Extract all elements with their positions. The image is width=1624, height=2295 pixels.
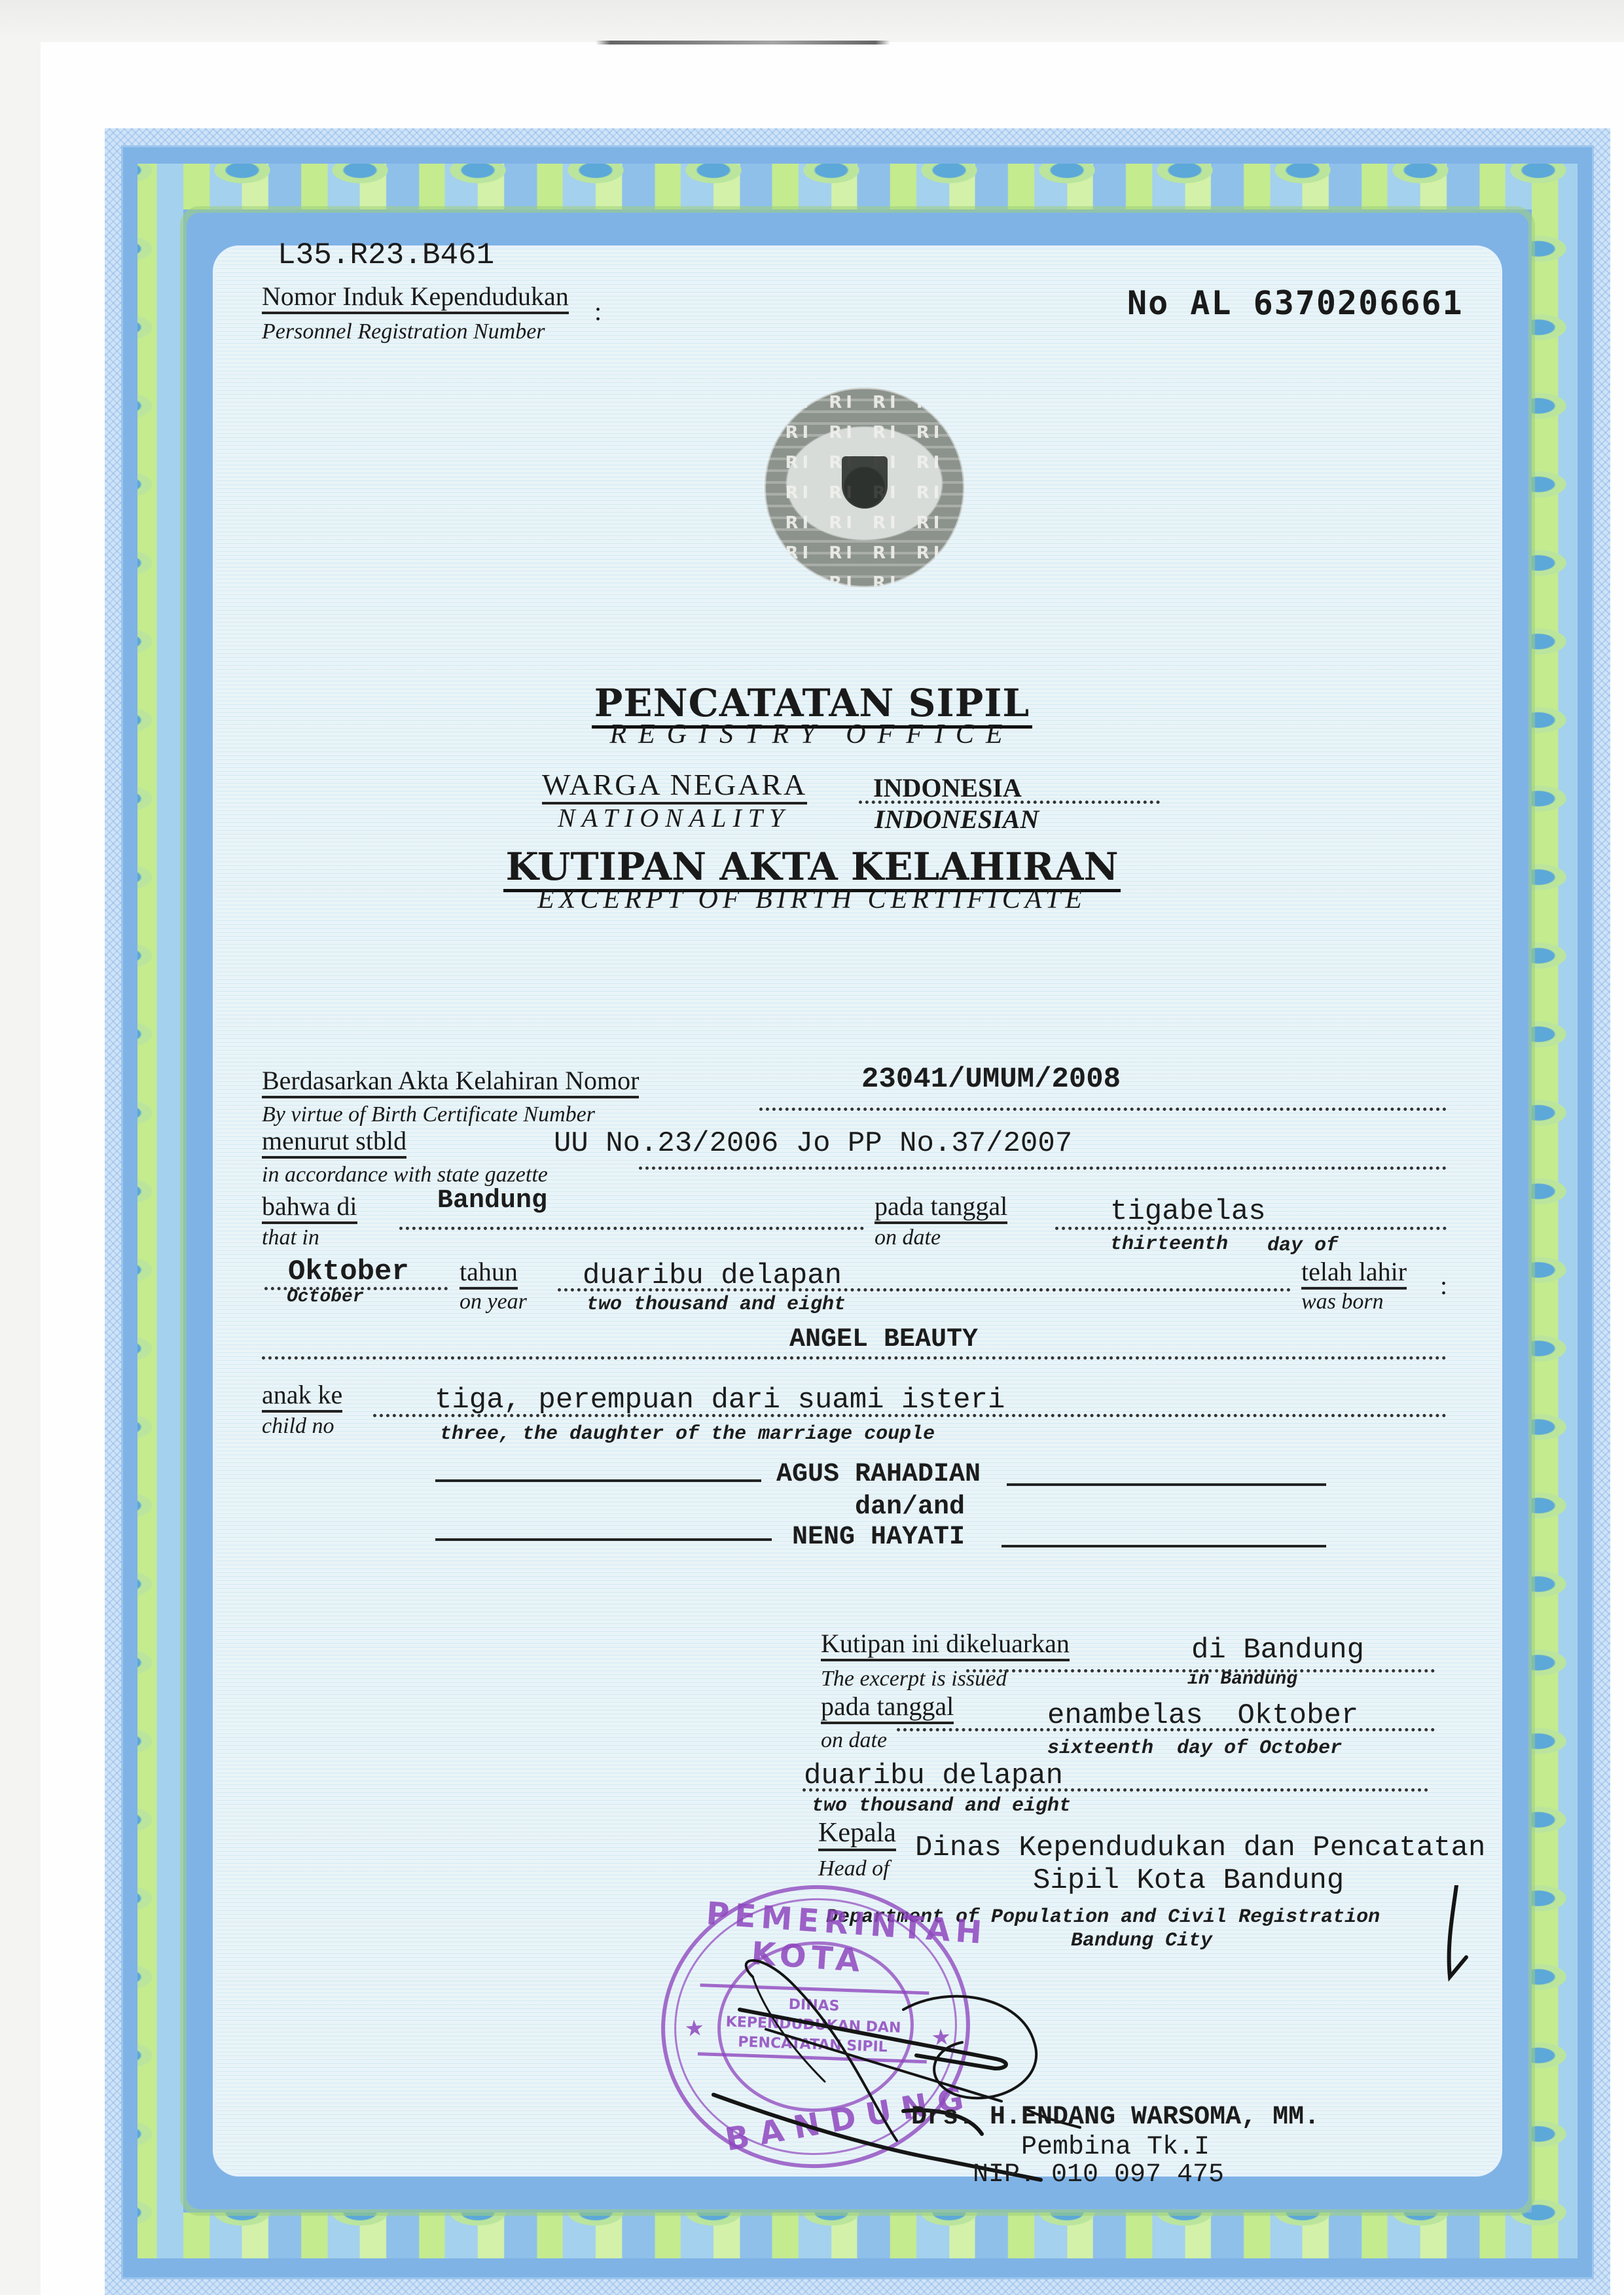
child-name-dotted-line (262, 1356, 1447, 1360)
birth-cert-label: Berdasarkan Akta Kelahiran Nomor (262, 1067, 639, 1098)
issued-year: duaribu delapan (804, 1760, 1063, 1792)
birth-year-label: tahun (460, 1258, 518, 1290)
father-rule-right (1007, 1483, 1326, 1486)
nationality-label: WARGA NEGARA (542, 767, 807, 804)
father-rule-left (435, 1479, 761, 1482)
nik-label: Nomor Induk Kependudukan (262, 283, 569, 314)
issued-date-label-en: on date (821, 1728, 887, 1753)
garuda-emblem-icon: RI RI RI RI RI RI RI RI RI RI RI RI RI R… (765, 388, 964, 587)
issued-place: di Bandung (1191, 1634, 1364, 1667)
birthplace-value: Bandung (437, 1186, 547, 1216)
born-label-en: was born (1301, 1290, 1384, 1314)
nationality-value-en: INDONESIAN (875, 804, 1039, 835)
department-line-2: Sipil Kota Bandung (1033, 1864, 1344, 1897)
nik-colon: : (594, 296, 602, 327)
certificate-title: KUTIPAN AKTA KELAHIRAN (0, 844, 1624, 889)
birthplace-dotted-line (399, 1227, 864, 1230)
birth-date-value: tigabelas (1110, 1195, 1266, 1228)
birthplace-label-en: that in (262, 1225, 319, 1250)
department-en-line-2: Bandung City (1071, 1930, 1212, 1952)
certificate-number: No AL 6370206661 (1127, 284, 1464, 322)
born-label: telah lahir (1301, 1258, 1407, 1290)
department-line-1: Dinas Kependudukan dan Pencatatan (915, 1832, 1485, 1864)
head-label: Kepala (818, 1818, 896, 1851)
born-colon: : (1440, 1270, 1447, 1301)
birth-date-value-en: thirteenth (1110, 1233, 1228, 1256)
and-label: dan/and (855, 1492, 965, 1522)
birth-date-label-en: on date (875, 1225, 941, 1250)
birth-year-value: duaribu delapan (583, 1259, 842, 1292)
issued-label: Kutipan ini dikeluarkan (821, 1630, 1070, 1661)
birth-cert-label-en: By virtue of Birth Certificate Number (262, 1102, 595, 1127)
child-no-label-en: child no (262, 1414, 334, 1439)
stamp-center-band: DINAS KEPENDUDUKAN DAN PENCATATAN SIPIL (698, 1983, 929, 2063)
shield-icon (842, 456, 888, 509)
mother-rule-left (435, 1538, 772, 1541)
official-nip: NIP. 010 097 475 (973, 2160, 1224, 2190)
mother-name: NENG HAYATI (792, 1523, 965, 1552)
official-stamp: PEMERINTAH KOTA BANDUNG ★ ★ DINAS KEPEND… (652, 1875, 980, 2178)
issued-date: enambelas Oktober (1047, 1699, 1358, 1732)
birth-year-label-en: on year (460, 1290, 527, 1314)
child-no-value: tiga, perempuan dari suami isteri (435, 1384, 1005, 1417)
star-icon: ★ (930, 2024, 952, 2051)
issued-date-en: sixteenth day of October (1047, 1737, 1342, 1760)
nationality-value: INDONESIA (873, 772, 1022, 803)
child-no-label: anak ke (262, 1381, 342, 1413)
scan-artifact (596, 41, 890, 45)
birth-cert-value: 23041/UMUM/2008 (861, 1063, 1121, 1096)
birth-cert-dotted-line (759, 1108, 1447, 1111)
register-code: L35.R23.B461 (278, 238, 494, 272)
birth-date-label: pada tanggal (875, 1193, 1007, 1224)
stbld-value: UU No.23/2006 Jo PP No.37/2007 (554, 1127, 1072, 1160)
day-of-en: day of (1267, 1235, 1338, 1257)
birthplace-label: bahwa di (262, 1193, 357, 1224)
birth-month-value-en: October (287, 1287, 364, 1307)
father-name: AGUS RAHADIAN (776, 1460, 981, 1489)
issued-place-en: in Bandung (1187, 1669, 1297, 1690)
office-title-en: REGISTRY OFFICE (0, 719, 1624, 750)
child-name: ANGEL BEAUTY (0, 1325, 1624, 1354)
stbld-dotted-line (639, 1166, 1447, 1170)
certificate-title-en: EXCERPT OF BIRTH CERTIFICATE (0, 884, 1624, 915)
birth-year-value-en: two thousand and eight (586, 1293, 846, 1316)
official-name: Drs. H.ENDANG WARSOMA, MM. (911, 2103, 1320, 2132)
official-rank: Pembina Tk.I (1021, 2133, 1210, 2162)
nationality-label-en: NATIONALITY (558, 803, 790, 833)
stbld-label-en: in accordance with state gazette (262, 1163, 548, 1187)
birth-month-value: Oktober (288, 1256, 409, 1288)
mother-rule-right (1001, 1545, 1326, 1547)
issued-date-label: pada tanggal (821, 1693, 954, 1724)
stamp-ring-top: PEMERINTAH KOTA (702, 1895, 916, 1983)
nik-label-en: Personnel Registration Number (262, 319, 545, 344)
stbld-label: menurut stbld (262, 1127, 406, 1159)
issued-year-en: two thousand and eight (812, 1795, 1071, 1817)
stamp-ring-bottom: BANDUNG (723, 2088, 922, 2158)
child-no-value-en: three, the daughter of the marriage coup… (440, 1423, 935, 1445)
head-label-en: Head of (818, 1856, 890, 1881)
